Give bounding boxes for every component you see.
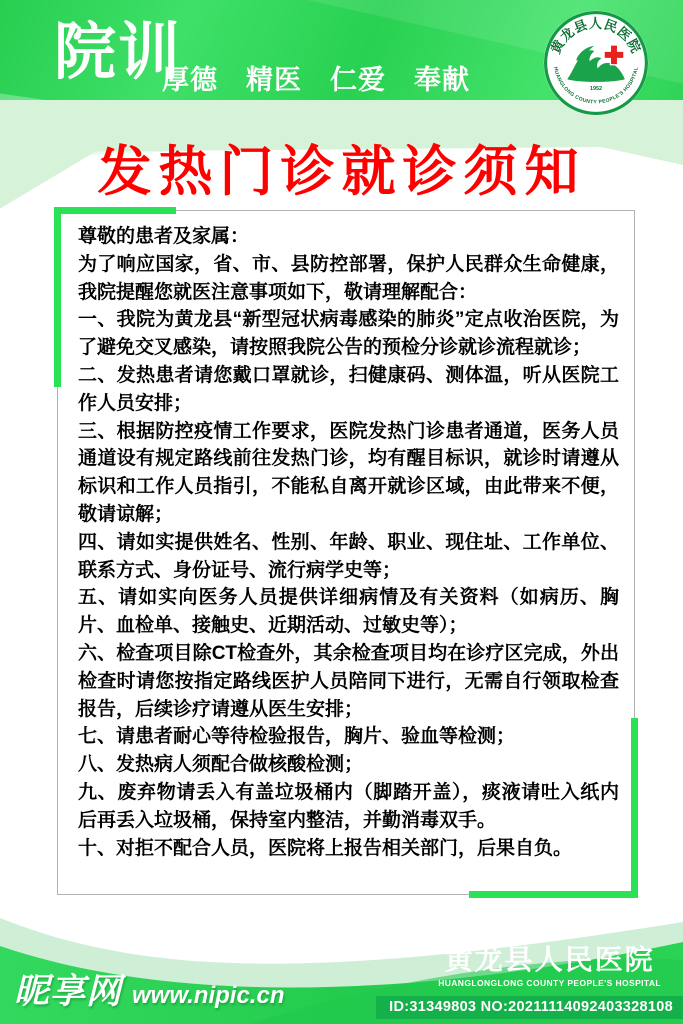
green-accent-left [54, 207, 61, 387]
logo-year: 1952 [590, 86, 602, 92]
motto-words: 厚德 精医 仁爱 奉献 [162, 58, 470, 97]
watermark: 昵享网 www.nipic.cn [14, 964, 284, 1014]
notice-item: 八、发热病人须配合做核酸检测； [78, 751, 619, 779]
notice-item: 五、请如实向医务人员提供详细病情及有关资料（如病历、胸片、血检单、接触史、近期活… [78, 584, 619, 640]
notice-item: 七、请患者耐心等待检验报告，胸片、验血等检测； [78, 723, 619, 751]
nipic-logo: 昵享网 [14, 964, 122, 1014]
green-accent-top [54, 207, 176, 214]
notice-item: 六、检查项目除CT检查外，其余检查项目均在诊疗区完成，外出检查时请您按指定路线医… [78, 640, 619, 723]
notice-item: 九、废弃物请丢入有盖垃圾桶内（脚踏开盖），痰液请吐入纸内后再丢入垃圾桶，保持室内… [78, 779, 619, 835]
green-accent-right [631, 718, 638, 898]
notice-item: 四、请如实提供姓名、性别、年龄、职业、现住址、工作单位、联系方式、身份证号、流行… [78, 529, 619, 585]
nipic-url: www.nipic.cn [132, 982, 284, 1010]
notice-item: 一、我院为黄龙县“新型冠状病毒感染的肺炎”定点收治医院，为了避免交叉感染，请按照… [78, 306, 619, 362]
notice-box: 尊敬的患者及家属： 为了响应国家，省、市、县防控部署，保护人民群众生命健康，我院… [57, 210, 635, 895]
hospital-logo-icon: 黄龙县人民医院 HUANGLONG COUNTY PEOPLE'S HOSPIT… [542, 9, 650, 117]
stock-id-badge: ID:31349803 NO:20211114092403328108 [376, 996, 683, 1019]
notice-item: 二、发热患者请您戴口罩就诊，扫健康码、测体温，听从医院工作人员安排； [78, 362, 619, 418]
notice-text: 尊敬的患者及家属： 为了响应国家，省、市、县防控部署，保护人民群众生命健康，我院… [78, 223, 619, 862]
notice-item: 三、根据防控疫情工作要求，医院发热门诊患者通道，医务人员通道设有规定路线前往发热… [78, 418, 619, 529]
notice-item: 十、对拒不配合人员，医院将上报告相关部门，后果自负。 [78, 835, 619, 863]
intro: 为了响应国家，省、市、县防控部署，保护人民群众生命健康，我院提醒您就医注意事项如… [78, 251, 619, 307]
page-title: 发热门诊就诊须知 [0, 143, 683, 202]
poster: 院训 厚德 精医 仁爱 奉献 黄龙县人民医院 HUANGLONG COUNTY … [0, 0, 683, 1024]
greeting: 尊敬的患者及家属： [78, 223, 619, 251]
footer-hospital-name-en: HUANGLONGLONG COUNTY PEOPLE'S HOSPITAL [438, 978, 661, 988]
footer-hospital-block: 黄龙县人民医院 HUANGLONGLONG COUNTY PEOPLE'S HO… [438, 945, 661, 988]
footer-hospital-name: 黄龙县人民医院 [438, 945, 661, 976]
